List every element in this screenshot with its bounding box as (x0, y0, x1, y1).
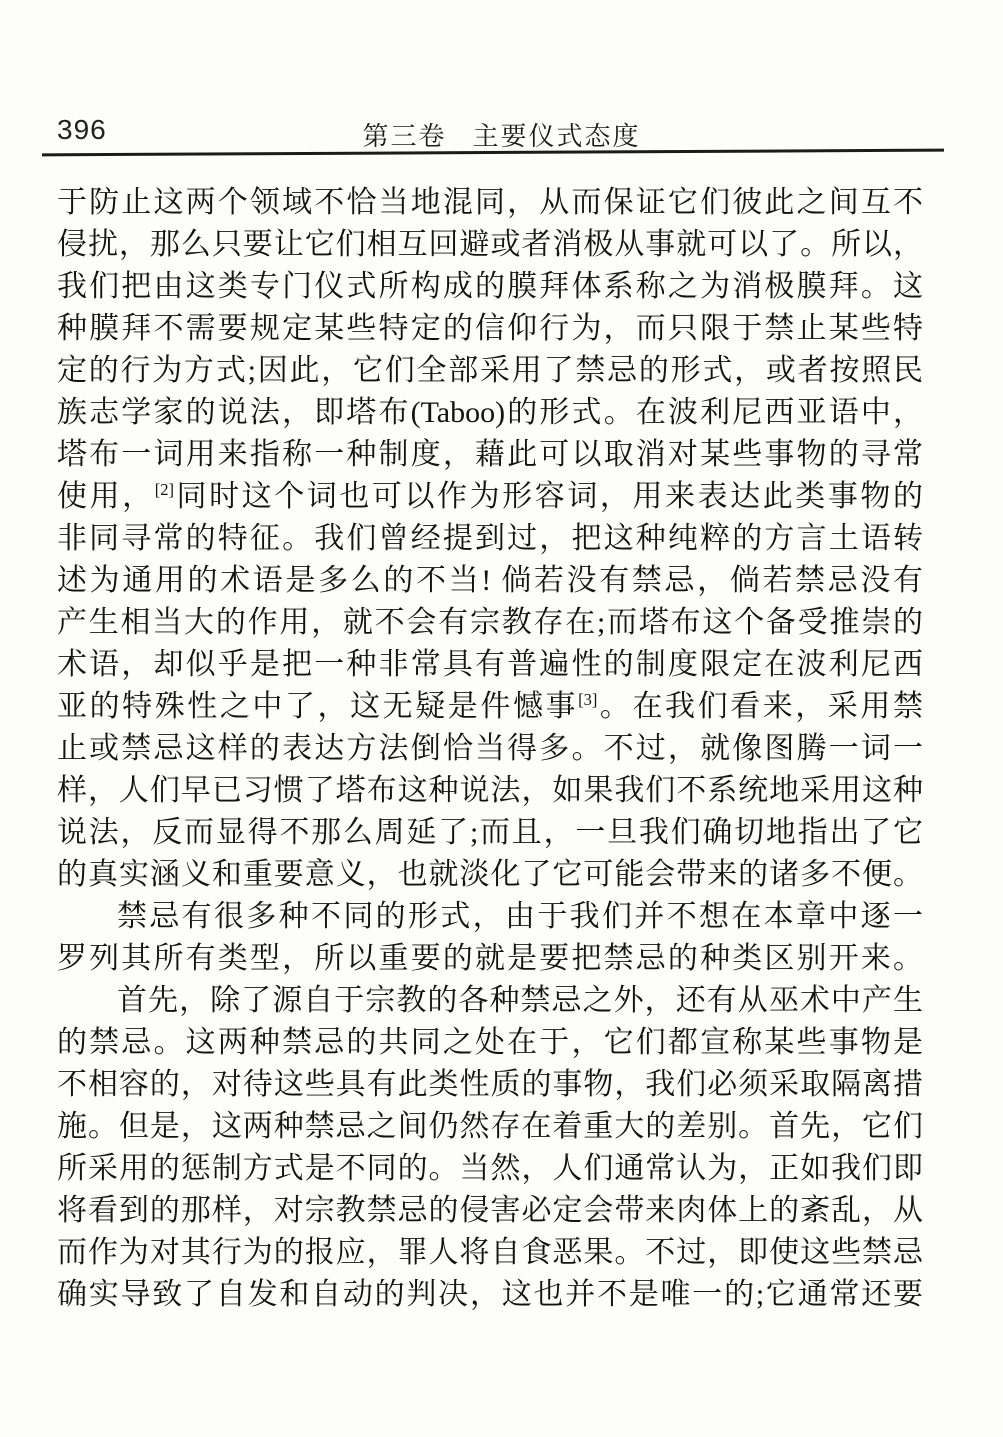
text-line: 的真实涵义和重要意义，也就淡化了它可能会带来的诸多不便。 (57, 854, 923, 896)
text-line: 侵扰，那么只要让它们相互回避或者消极从事就可以了。所以， (57, 224, 923, 266)
scanned-book-page: 396 第三卷主要仪式态度 于防止这两个领域不恰当地混同，从而保证它们彼此之间互… (0, 0, 1003, 1437)
line-segment: 同时这个词也可以作为形容词，用来表达此类事物的 (174, 480, 923, 513)
body-text: 于防止这两个领域不恰当地混同，从而保证它们彼此之间互不 侵扰，那么只要让它们相互… (57, 182, 923, 1316)
text-line: 产生相当大的作用，就不会有宗教存在;而塔布这个备受推崇的 (57, 602, 923, 644)
text-line: 塔布一词用来指称一种制度，藉此可以取消对某些事物的寻常 (57, 434, 923, 476)
section-title: 主要仪式态度 (473, 122, 641, 151)
text-line: 确实导致了自发和自动的判决，这也并不是唯一的;它通常还要 (57, 1274, 923, 1316)
text-line: 我们把由这类专门仪式所构成的膜拜体系称之为消极膜拜。这 (57, 266, 923, 308)
text-line: 止或禁忌这样的表达方法倒恰当得多。不过，就像图腾一词一 (57, 728, 923, 770)
text-line: 于防止这两个领域不恰当地混同，从而保证它们彼此之间互不 (57, 182, 923, 224)
text-line: 非同寻常的特征。我们曾经提到过，把这种纯粹的方言土语转 (57, 518, 923, 560)
footnote-ref-2: [2] (155, 480, 174, 499)
paragraph-start-line: 禁忌有很多种不同的形式，由于我们并不想在本章中逐一 (57, 896, 923, 938)
text-line: 种膜拜不需要规定某些特定的信仰行为，而只限于禁止某些特 (57, 308, 923, 350)
line-segment: 。在我们看来，采用禁 (597, 690, 923, 723)
footnote-ref-3: [3] (578, 690, 597, 709)
line-segment: 使用， (57, 480, 155, 513)
text-line: 不相容的，对待这些具有此类性质的事物，我们必须采取隔离措 (57, 1064, 923, 1106)
text-line: 施。但是，这两种禁忌之间仍然存在着重大的差别。首先，它们 (57, 1106, 923, 1148)
text-line: 而作为对其行为的报应，罪人将自食恶果。不过，即使这些禁忌 (57, 1232, 923, 1274)
text-line-with-footnote-ref: 亚的特殊性之中了，这无疑是件憾事[3]。在我们看来，采用禁 (57, 686, 923, 728)
text-line: 将看到的那样，对宗教禁忌的侵害必定会带来肉体上的紊乱，从 (57, 1190, 923, 1232)
text-line: 说法，反而显得不那么周延了;而且，一旦我们确切地指出了它 (57, 812, 923, 854)
text-line-with-footnote-ref: 使用，[2]同时这个词也可以作为形容词，用来表达此类事物的 (57, 476, 923, 518)
text-line: 述为通用的术语是多么的不当! 倘若没有禁忌，倘若禁忌没有 (57, 560, 923, 602)
text-line: 所采用的惩制方式是不同的。当然，人们通常认为，正如我们即 (57, 1148, 923, 1190)
paragraph-start-line: 首先，除了源自于宗教的各种禁忌之外，还有从巫术中产生 (57, 980, 923, 1022)
page-header: 396 第三卷主要仪式态度 (0, 112, 1003, 152)
volume-label: 第三卷 (362, 122, 446, 151)
text-line: 定的行为方式;因此，它们全部采用了禁忌的形式，或者按照民 (57, 350, 923, 392)
line-segment: 亚的特殊性之中了，这无疑是件憾事 (57, 690, 578, 723)
text-line: 的禁忌。这两种禁忌的共同之处在于，它们都宣称某些事物是 (57, 1022, 923, 1064)
text-line: 族志学家的说法，即塔布(Taboo)的形式。在波利尼西亚语中， (57, 392, 923, 434)
running-head: 第三卷主要仪式态度 (0, 116, 1003, 153)
text-line: 罗列其所有类型，所以重要的就是要把禁忌的种类区别开来。 (57, 938, 923, 980)
text-line: 样，人们早已习惯了塔布这种说法，如果我们不系统地采用这种 (57, 770, 923, 812)
text-line: 术语，却似乎是把一种非常具有普遍性的制度限定在波利尼西 (57, 644, 923, 686)
